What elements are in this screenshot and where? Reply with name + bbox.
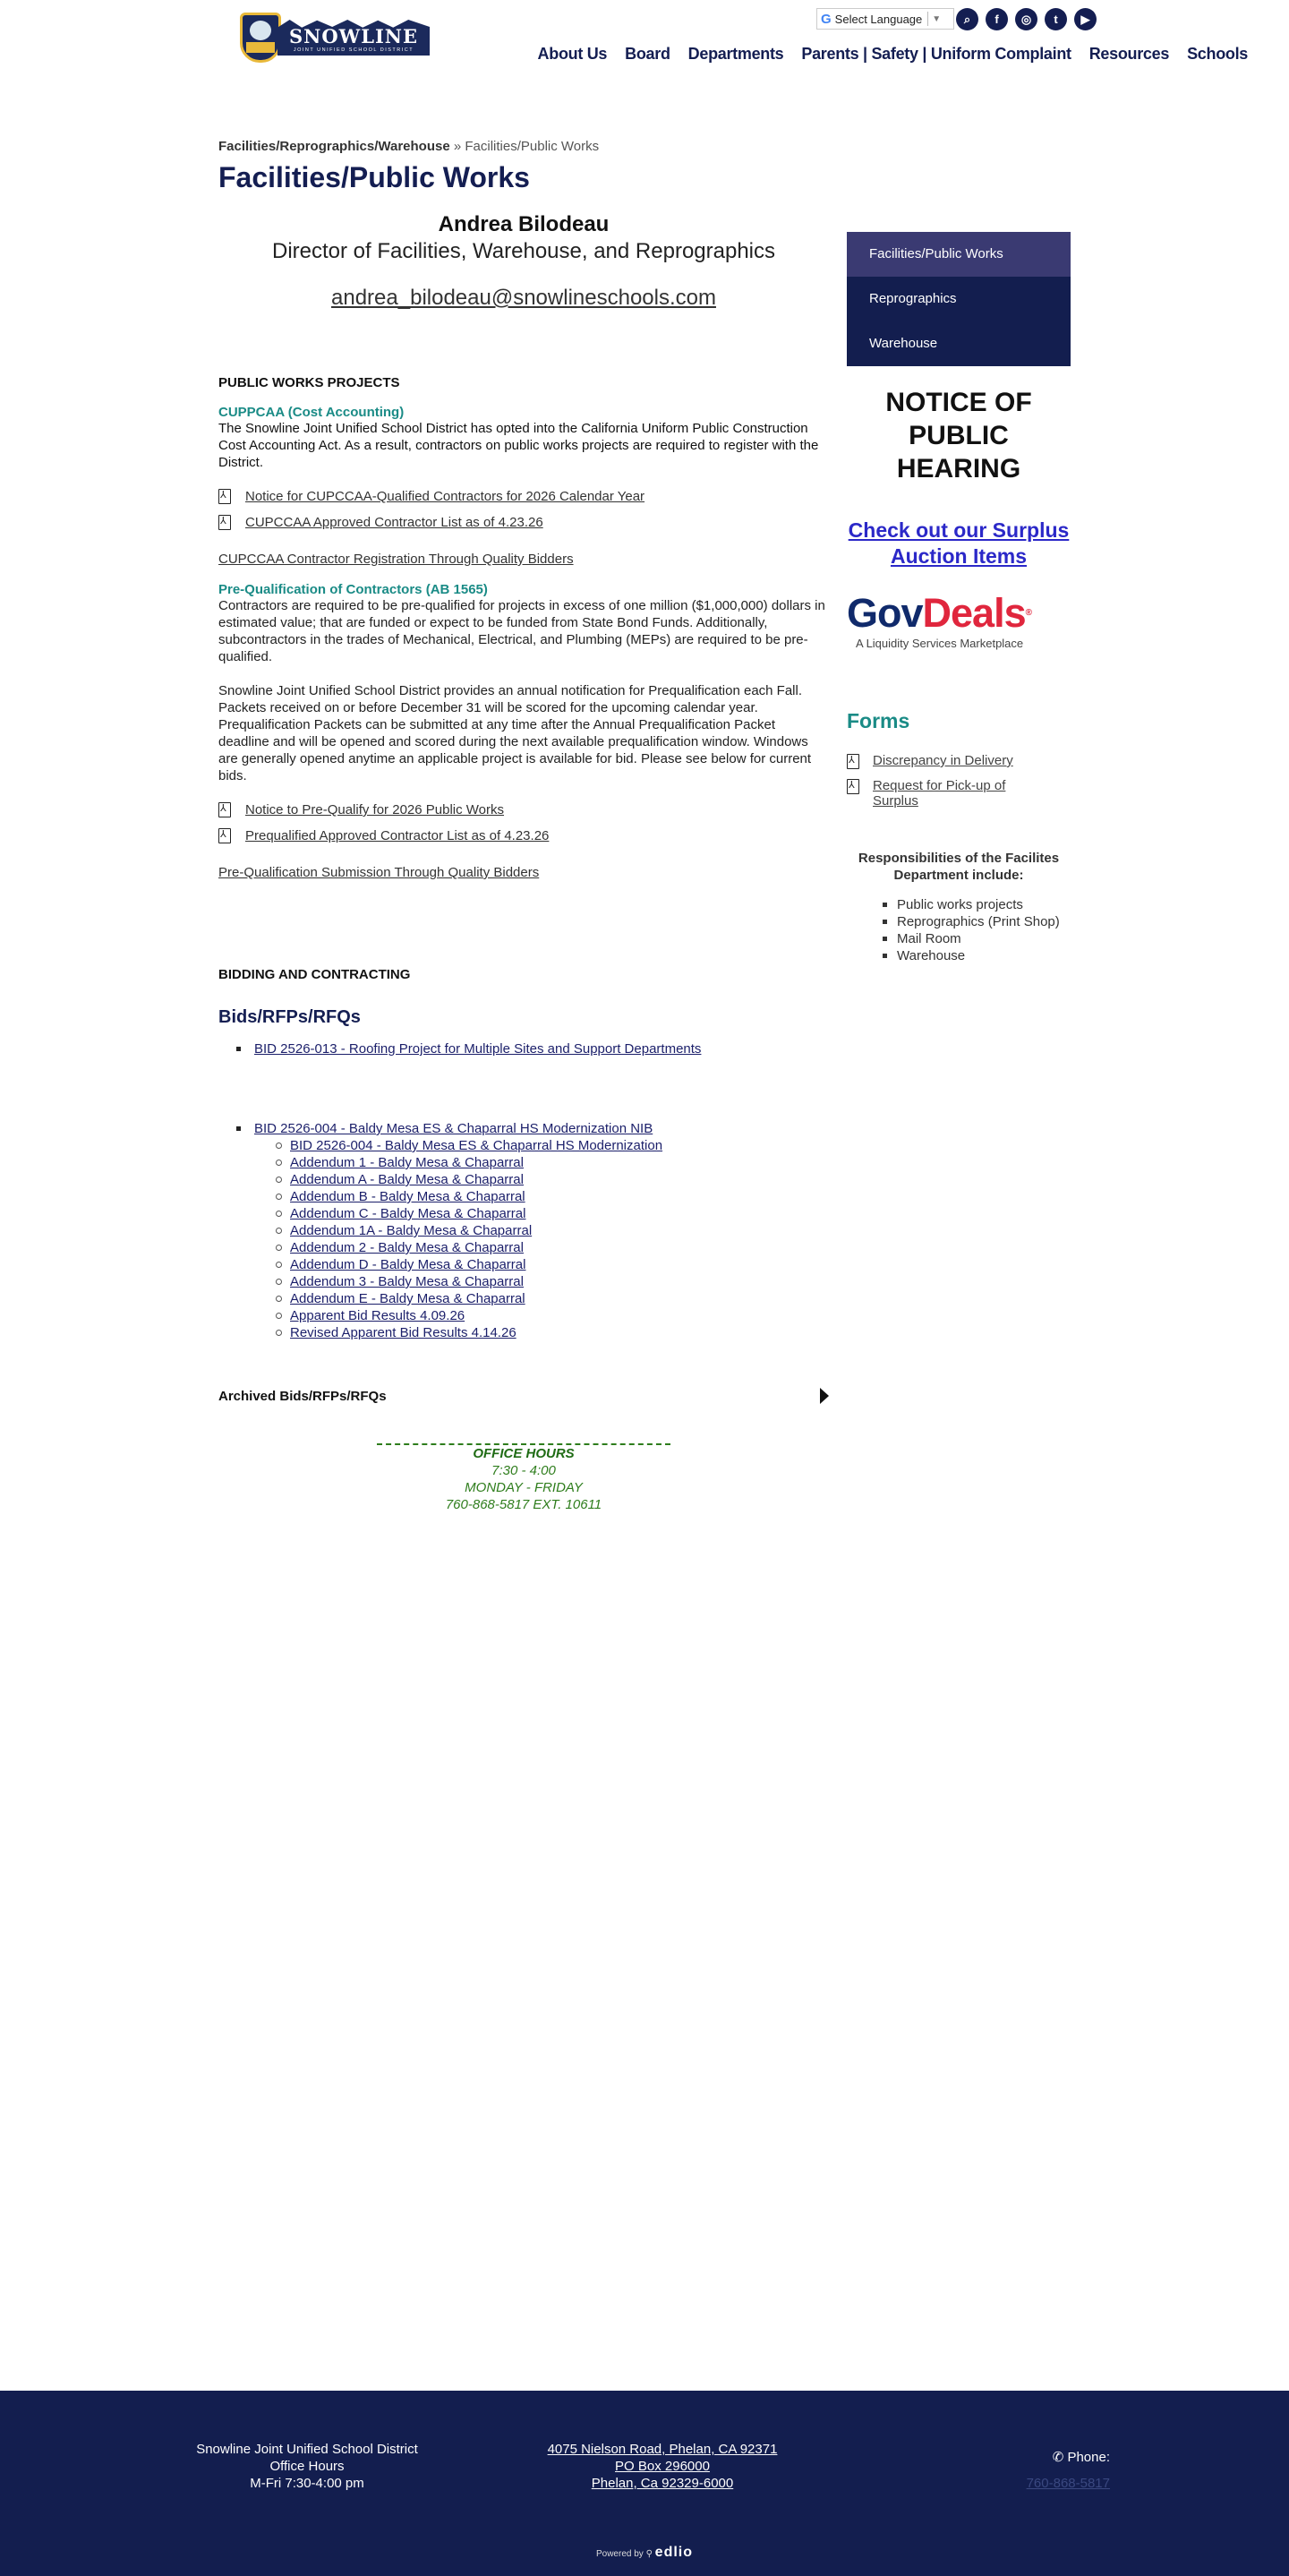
search-icon[interactable]: ⌕	[956, 8, 978, 30]
bidding-heading: BIDDING AND CONTRACTING	[218, 967, 829, 982]
contact-card: Andrea Bilodeau Director of Facilities, …	[218, 212, 829, 311]
list-item: Addendum D - Baldy Mesa & Chaparral	[218, 1256, 829, 1273]
district-logo[interactable]: SNOWLINE JOINT UNIFIED SCHOOL DISTRICT	[240, 13, 430, 63]
file-link[interactable]: Notice to Pre-Qualify for 2026 Public Wo…	[218, 802, 829, 817]
footer-phone: ✆ Phone: 760-868-5817	[976, 2449, 1110, 2492]
list-item: Addendum B - Baldy Mesa & Chaparral	[218, 1188, 829, 1205]
list-item: Revised Apparent Bid Results 4.14.26	[218, 1324, 829, 1341]
subnav-facilities-public-works[interactable]: Facilities/Public Works	[847, 232, 1071, 277]
list-item: Warehouse	[883, 947, 1071, 964]
dropdown-arrow-icon: ▼	[932, 14, 941, 24]
list-item: BID 2526-004 - Baldy Mesa ES & Chaparral…	[218, 1120, 829, 1137]
list-item: Public works projects	[883, 896, 1071, 913]
nav-departments[interactable]: Departments	[688, 45, 784, 64]
social-links: ⌕ f ◎ t ▶	[956, 8, 1097, 30]
bid-link[interactable]: BID 2526-004 - Baldy Mesa ES & Chaparral…	[254, 1121, 653, 1136]
sub-navigation: Facilities/Public Works Reprographics Wa…	[847, 232, 1071, 366]
bids-section: Bids/RFPs/RFQs BID 2526-013 - Roofing Pr…	[218, 1007, 829, 1341]
file-link[interactable]: CUPCCAA Approved Contractor List as of 4…	[218, 515, 829, 530]
language-select[interactable]: G Select Language ▼	[816, 8, 954, 30]
twitter-icon[interactable]: t	[1045, 8, 1067, 30]
prequal-text-2: Snowline Joint Unified School District p…	[218, 682, 829, 784]
surplus-auction-link[interactable]: Check out our Surplus Auction Items	[847, 518, 1071, 569]
pdf-icon	[218, 802, 231, 817]
contact-email-link[interactable]: andrea_bilodeau@snowlineschools.com	[331, 286, 716, 311]
list-item: Apparent Bid Results 4.09.26	[218, 1307, 829, 1324]
nav-about-us[interactable]: About Us	[538, 45, 608, 64]
forms-heading: Forms	[847, 709, 1071, 733]
bid-link[interactable]: BID 2526-013 - Roofing Project for Multi…	[254, 1041, 701, 1057]
powered-by-edlio[interactable]: Powered by ⚲ edlio	[0, 2545, 1289, 2561]
nav-parents[interactable]: Parents | Safety | Uniform Complaint	[801, 45, 1071, 64]
pdf-icon	[847, 779, 859, 794]
logo-name: SNOWLINE	[289, 27, 418, 46]
prequal-heading: Pre-Qualification of Contractors (AB 156…	[218, 582, 829, 597]
pdf-icon	[847, 754, 859, 769]
list-item: Addendum C - Baldy Mesa & Chaparral	[218, 1205, 829, 1222]
logo-subtitle: JOINT UNIFIED SCHOOL DISTRICT	[294, 47, 414, 53]
contact-name: Andrea Bilodeau	[218, 212, 829, 237]
cuppcaa-text: The Snowline Joint Unified School Distri…	[218, 420, 829, 471]
public-works-heading: PUBLIC WORKS PROJECTS	[218, 375, 829, 390]
breadcrumb-current: Facilities/Public Works	[465, 139, 599, 154]
pdf-icon	[218, 515, 231, 530]
list-item: Addendum 1A - Baldy Mesa & Chaparral	[218, 1222, 829, 1239]
facebook-icon[interactable]: f	[986, 8, 1008, 30]
main-nav: About Us Board Departments Parents | Saf…	[538, 45, 1248, 64]
cuppcaa-heading: CUPPCAA (Cost Accounting)	[218, 405, 829, 420]
file-link[interactable]: Notice for CUPCCAA-Qualified Contractors…	[218, 489, 829, 504]
nav-schools[interactable]: Schools	[1187, 45, 1248, 64]
list-item: Mail Room	[883, 930, 1071, 947]
youtube-icon[interactable]: ▶	[1074, 8, 1097, 30]
footer-district-info: Snowline Joint Unified School District O…	[173, 2441, 441, 2492]
archived-bids-toggle[interactable]: Archived Bids/RFPs/RFQs	[218, 1388, 829, 1404]
file-link[interactable]: Discrepancy in Delivery	[847, 753, 1071, 769]
breadcrumb-parent[interactable]: Facilities/Reprographics/Warehouse	[218, 139, 450, 154]
shield-icon	[240, 13, 281, 63]
subnav-warehouse[interactable]: Warehouse	[847, 321, 1071, 366]
prequal-text-1: Contractors are required to be pre-quali…	[218, 597, 829, 665]
bid-2526-004-list: BID 2526-004 - Baldy Mesa ES & Chaparral…	[218, 1120, 829, 1341]
expand-arrow-icon[interactable]	[820, 1388, 829, 1404]
list-item: Addendum 3 - Baldy Mesa & Chaparral	[218, 1273, 829, 1290]
subnav-reprographics[interactable]: Reprographics	[847, 277, 1071, 321]
archived-bids-label: Archived Bids/RFPs/RFQs	[218, 1389, 387, 1404]
list-item: BID 2526-013 - Roofing Project for Multi…	[218, 1040, 829, 1057]
breadcrumb: Facilities/Reprographics/Warehouse » Fac…	[218, 139, 829, 154]
site-footer: Snowline Joint Unified School District O…	[0, 2391, 1289, 2576]
office-hours-phone: 760-868-5817 EXT. 10611	[218, 1496, 829, 1513]
edlio-logo-icon: ⚲	[646, 2549, 653, 2559]
address-link[interactable]: Phelan, Ca 92329-6000	[515, 2475, 810, 2492]
list-item: Addendum A - Baldy Mesa & Chaparral	[218, 1171, 829, 1188]
pdf-icon	[218, 828, 231, 843]
office-hours: OFFICE HOURS 7:30 - 4:00 MONDAY - FRIDAY…	[218, 1443, 829, 1513]
notice-of-public-hearing[interactable]: NOTICE OF PUBLIC HEARING	[847, 386, 1071, 485]
instagram-icon[interactable]: ◎	[1015, 8, 1037, 30]
footer-address: 4075 Nielson Road, Phelan, CA 92371 PO B…	[515, 2441, 810, 2492]
google-icon: G	[821, 12, 832, 27]
govdeals-tagline: A Liquidity Services Marketplace	[847, 637, 1071, 650]
language-select-label: Select Language	[835, 13, 923, 26]
list-item: Addendum 1 - Baldy Mesa & Chaparral	[218, 1154, 829, 1171]
breadcrumb-separator: »	[454, 139, 461, 154]
page-title: Facilities/Public Works	[218, 161, 829, 194]
nav-board[interactable]: Board	[625, 45, 670, 64]
file-link[interactable]: Prequalified Approved Contractor List as…	[218, 828, 829, 843]
nav-resources[interactable]: Resources	[1089, 45, 1169, 64]
address-link[interactable]: 4075 Nielson Road, Phelan, CA 92371	[515, 2441, 810, 2458]
office-hours-time: 7:30 - 4:00	[218, 1462, 829, 1479]
list-item: Addendum 2 - Baldy Mesa & Chaparral	[218, 1239, 829, 1256]
phone-link[interactable]: 760-868-5817	[976, 2475, 1110, 2492]
contact-role: Director of Facilities, Warehouse, and R…	[218, 239, 829, 264]
main-content: Facilities/Reprographics/Warehouse » Fac…	[218, 139, 829, 1513]
file-link[interactable]: Request for Pick-up of Surplus	[847, 778, 1071, 809]
list-item: BID 2526-004 - Baldy Mesa ES & Chaparral…	[218, 1137, 829, 1154]
list-item: Reprographics (Print Shop)	[883, 913, 1071, 930]
prequal-submission-link[interactable]: Pre-Qualification Submission Through Qua…	[218, 865, 539, 880]
cupccaa-registration-link[interactable]: CUPCCAA Contractor Registration Through …	[218, 552, 574, 567]
pdf-icon	[218, 489, 231, 504]
office-hours-days: MONDAY - FRIDAY	[218, 1479, 829, 1496]
responsibilities-title: Responsibilities of the Facilites Depart…	[847, 850, 1071, 884]
list-item: Addendum E - Baldy Mesa & Chaparral	[218, 1290, 829, 1307]
responsibilities: Responsibilities of the Facilites Depart…	[847, 850, 1071, 964]
address-link[interactable]: PO Box 296000	[515, 2458, 810, 2475]
bids-heading: Bids/RFPs/RFQs	[218, 1007, 829, 1028]
govdeals-logo[interactable]: GovDeals® A Liquidity Services Marketpla…	[847, 593, 1071, 650]
sidebar: Facilities/Public Works Reprographics Wa…	[847, 232, 1071, 964]
office-hours-title: OFFICE HOURS	[218, 1445, 829, 1462]
site-header: SNOWLINE JOINT UNIFIED SCHOOL DISTRICT G…	[0, 0, 1289, 81]
phone-icon: ✆	[1053, 2450, 1064, 2465]
